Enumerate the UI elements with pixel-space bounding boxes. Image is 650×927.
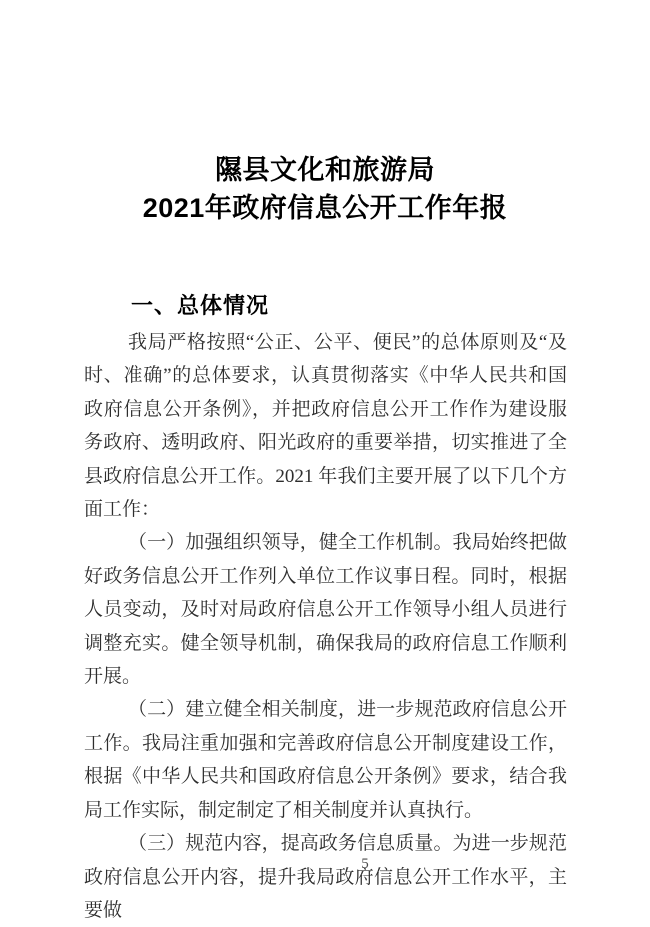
section-heading: 一、总体情况	[84, 292, 567, 320]
paragraph-item-1: （一）加强组织领导，健全工作机制。我局始终把做好政务信息公开工作列入单位工作议事…	[84, 526, 567, 693]
document-title: 隰县文化和旅游局 2021年政府信息公开工作年报	[0, 151, 650, 227]
paragraph-item-3: （三）规范内容，提高政务信息质量。为进一步规范政府信息公开内容，提升我局政府信息…	[84, 827, 567, 927]
page-number: 5	[325, 856, 405, 873]
document-title-line-2: 2021年政府信息公开工作年报	[0, 189, 650, 227]
document-body: 我局严格按照“公正、公平、便民”的总体原则及“及时、准确”的总体要求，认真贯彻落…	[84, 326, 567, 927]
paragraph-item-2: （二）建立健全相关制度，进一步规范政府信息公开工作。我局注重加强和完善政府信息公…	[84, 693, 567, 827]
paragraph-overview: 我局严格按照“公正、公平、便民”的总体原则及“及时、准确”的总体要求，认真贯彻落…	[84, 326, 567, 526]
document-title-line-1: 隰县文化和旅游局	[0, 151, 650, 189]
document-page: 隰县文化和旅游局 2021年政府信息公开工作年报 一、总体情况 我局严格按照“公…	[0, 0, 650, 927]
